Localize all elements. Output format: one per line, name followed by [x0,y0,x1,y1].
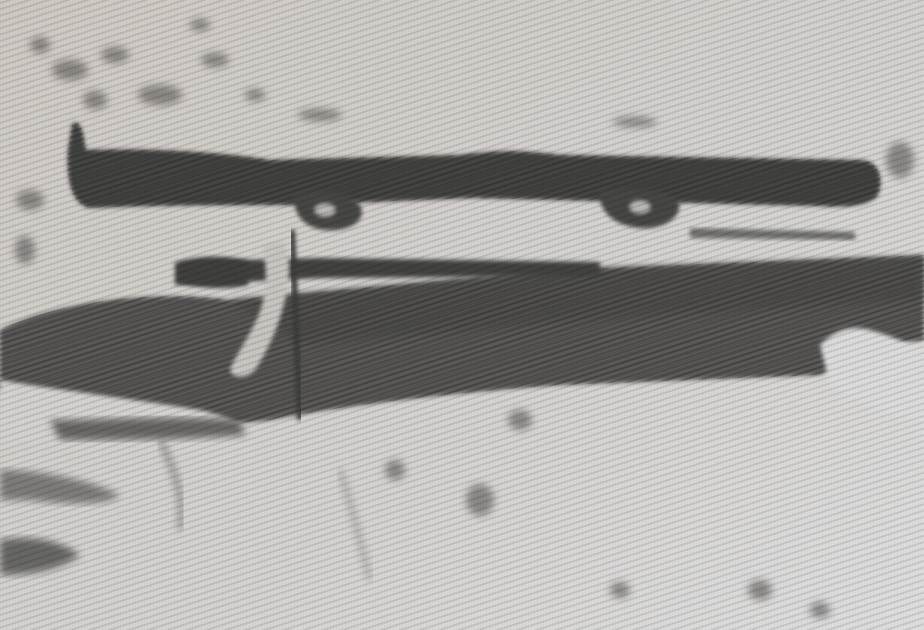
photo-canvas [0,0,924,630]
halftone-rifle-photo [0,0,924,630]
grid-texture [0,0,924,630]
